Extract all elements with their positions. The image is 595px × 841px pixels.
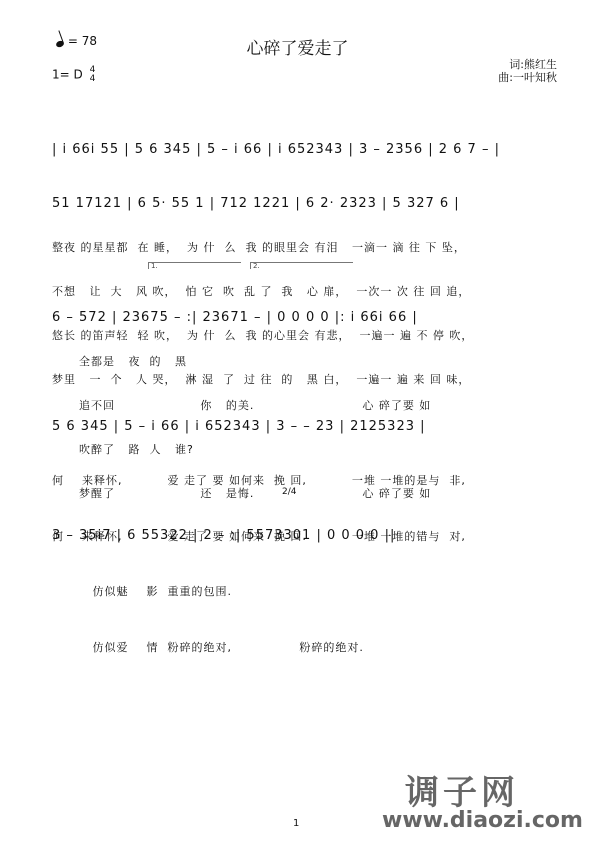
notes-line: 51 17121 | 6 5· 55 1 | 712 1221 | 6 2· 2… xyxy=(52,196,552,211)
score-system-1: | i 66i 55 | 5 6 345 | 5 – i 66 | i 6523… xyxy=(52,112,552,172)
credits: 词:熊红生 曲:一叶知秋 xyxy=(498,58,557,84)
lyric-verse-1: 全都是 夜 的 黑 xyxy=(52,355,552,369)
meter-change: 2/4 xyxy=(282,487,296,497)
lyric-verse-1: 仿似魅 影 重重的包围. xyxy=(52,585,552,599)
lyric-verse-2: 仿似爱 情 粉碎的绝对, 粉碎的绝对. xyxy=(52,641,552,655)
volta-2: 2. xyxy=(250,262,353,269)
page-number: 1 xyxy=(293,818,299,829)
key-signature: 1= D 4 4 xyxy=(52,66,95,84)
watermark-name: 调子网 xyxy=(405,765,519,814)
notes-line: 6 – 572 | 23675 – :| 23671 – | 0 0 0 0 |… xyxy=(52,310,552,325)
notes-line: | i 66i 55 | 5 6 345 | 5 – i 66 | i 6523… xyxy=(52,142,552,157)
watermark-url: www.diaozi.com xyxy=(382,808,583,833)
lyric-verse-1: 整夜 的星星都 在 睡， 为 什 么 我 的眼里会 有泪 一滴一 滴 往 下 坠… xyxy=(52,241,552,255)
notes-line: 3 – 35i7 | 6 55322 | 2 – :| 5573301 | 0 … xyxy=(52,528,552,543)
time-signature: 4 4 xyxy=(90,66,96,84)
volta-1: 1. xyxy=(148,262,241,269)
notes-line: 5 6 345 | 5 – i 66 | i 652343 | 3 – – 23… xyxy=(52,419,552,434)
lyric-verse-1: 何 来释怀, 爱 走了 要 如何来 挽 回, 一堆 一堆的是与 非, xyxy=(52,474,552,488)
page-title: 心碎了爱走了 xyxy=(0,34,595,59)
score-system-5: 3 – 35i7 | 6 55322 | 2 – :| 5573301 | 0 … xyxy=(52,498,552,670)
composer: 曲:一叶知秋 xyxy=(498,71,557,84)
lyricist: 词:熊红生 xyxy=(498,58,557,71)
